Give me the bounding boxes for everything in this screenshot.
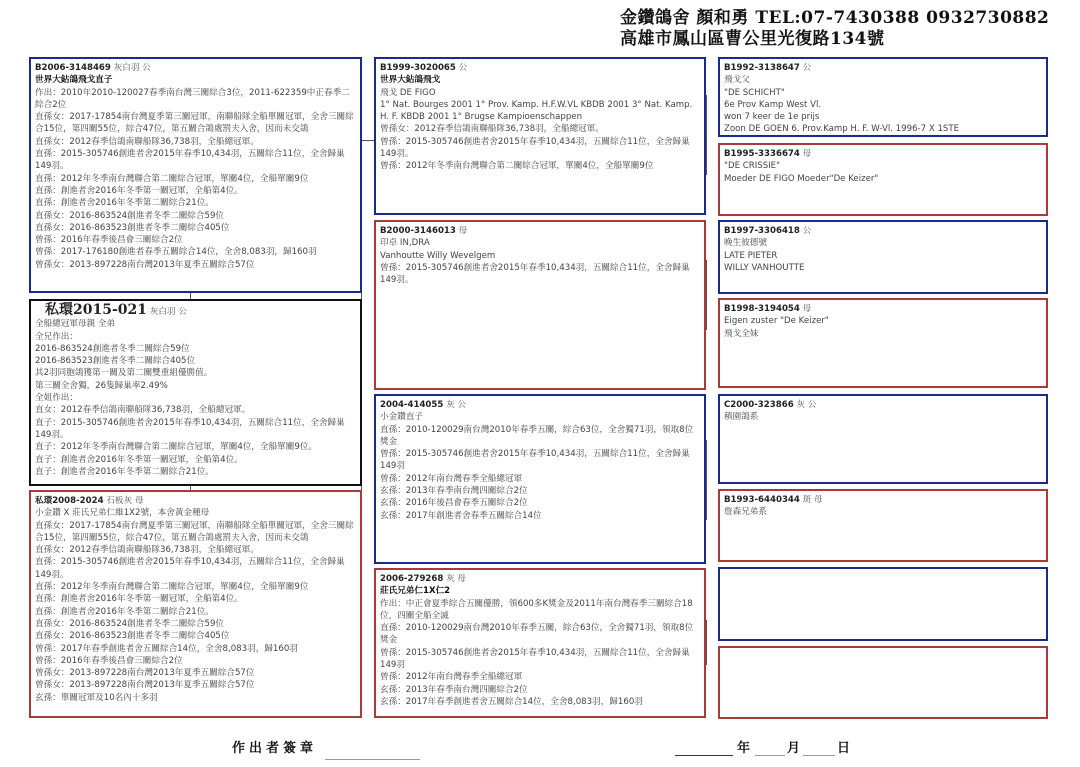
sire-name: 世界大鉆鴿飛戈直子: [35, 74, 356, 86]
year-label: 年: [737, 737, 754, 756]
connector: [706, 95, 707, 175]
great-grandparent-card: B1995-3336674 母 "DE CRISSIE" Moeder DE F…: [718, 143, 1048, 216]
great-grandparent-card: C2000-323866 灰 公 稹園鴿系: [718, 394, 1048, 484]
breeder-header: 金鑽鴿舍 顏和勇 TEL:07-7430388 0932730882 高雄市鳳山…: [620, 8, 1049, 50]
grandparent-card: B1999-3020065 公 世界大鉆鴿飛戈 飛戈 DE FIGO 1° Na…: [374, 57, 706, 215]
grandparent-card: B2000-3146013 母 印卓 IN,DRA Vanhoutte Will…: [374, 220, 706, 390]
sire-ring: B2006-3148469: [35, 63, 111, 73]
great-grandparent-card: B1992-3138647 公 飛戈父 "DE SCHICHT" 6e Prov…: [718, 57, 1048, 137]
signature-line[interactable]: [325, 759, 420, 760]
sire-card: B2006-3148469 灰白羽 公 世界大鉆鴿飛戈直子 作出：2010年20…: [29, 57, 362, 293]
day-label: 日: [837, 737, 854, 756]
great-grandparent-card-empty: [718, 646, 1048, 719]
great-grandparent-card-empty: [718, 567, 1048, 641]
connector: [361, 140, 375, 141]
year-line[interactable]: [675, 755, 733, 756]
grandparent-card: 2006-279268 灰 母 莊氏兄弟仁1X仁2 作出：中正會夏季綜合五關優勝…: [374, 568, 706, 718]
grandparent-card: 2004-414055 灰 公 小金鑽直子 直孫：2010-120029南台灣2…: [374, 394, 706, 564]
signature-label: 作出者簽章: [232, 737, 317, 756]
day-line[interactable]: [803, 755, 835, 756]
great-grandparent-card: B1998-3194054 母 Eigen zuster "De Keizer"…: [718, 298, 1048, 388]
breeder-address: 高雄市鳳山區曹公里光復路134號: [620, 29, 1049, 50]
dam-ring: 私環2008-2024: [35, 496, 104, 506]
subject-ring: 私環2015-021: [35, 302, 147, 318]
connector: [706, 620, 707, 665]
great-grandparent-card: B1993-6440344 斑 母 詹森兄弟系: [718, 489, 1048, 562]
great-grandparent-card: B1997-3306418 公 晚生彼德號 LATE PIETER WILLY …: [718, 220, 1048, 294]
subject-card: 私環2015-021 灰白羽 公 全船總冠軍母親 全弟 全兄作出： 2016-8…: [29, 299, 362, 486]
month-label: 月: [787, 737, 804, 756]
connector: [706, 260, 707, 330]
connector: [706, 440, 707, 520]
month-line[interactable]: [755, 755, 785, 756]
dam-card: 私環2008-2024 石板灰 母 小金鑽 X 莊氏兄弟仁維1X2號，本舍黃金種…: [29, 490, 362, 718]
breeder-contact: 金鑽鴿舍 顏和勇 TEL:07-7430388 0932730882: [620, 8, 1049, 29]
